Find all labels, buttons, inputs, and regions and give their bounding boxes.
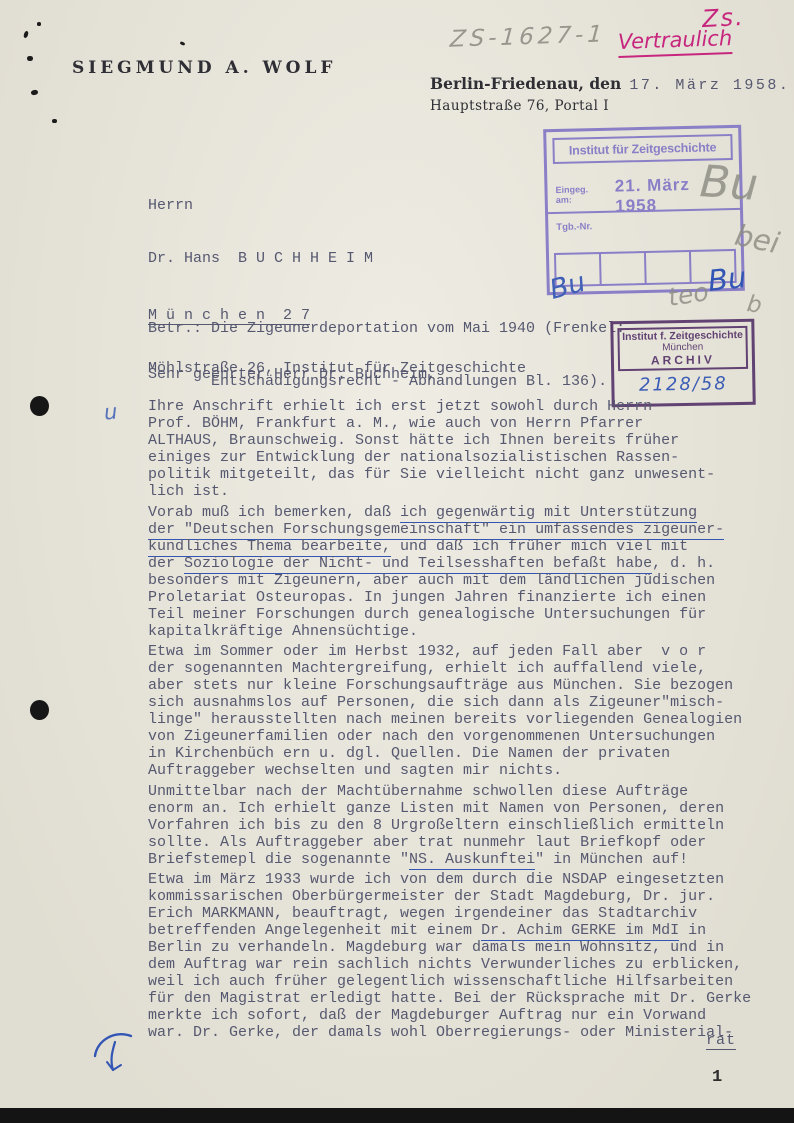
- text-line: Unmittelbar nach der Machtübernahme schw…: [148, 783, 728, 800]
- recipient-line: Dr. Hans B U C H H E I M: [148, 250, 526, 269]
- text-line: Briefstemepl die sogenannte "NS. Auskunf…: [148, 851, 728, 868]
- text-line: sollte. Als Auftraggeber aber trat nunme…: [148, 834, 728, 851]
- text-line: Auftraggeber wechselten und sagten mir n…: [148, 762, 728, 779]
- text-line: besonders mit Zigeunern, aber auch mit d…: [148, 572, 728, 589]
- pencil-note-small: b: [745, 291, 763, 319]
- receipt-stamp-received-label: Eingeg. am:: [555, 184, 605, 205]
- text-line: enorm an. Ich erhielt ganze Listen mit N…: [148, 800, 728, 817]
- text-line: Ihre Anschrift erhielt ich erst jetzt so…: [148, 398, 728, 415]
- text-line: einiges zur Entwicklung der nationalsozi…: [148, 449, 728, 466]
- subject-line-1: Betr.: Die Zigeunerdeportation vom Mai 1…: [148, 320, 625, 339]
- text-line: weil ich auch früher gelegentlich wissen…: [148, 973, 728, 990]
- pencil-initial-top: Bu: [698, 156, 759, 211]
- paragraph: Etwa im März 1933 wurde ich von dem durc…: [148, 871, 728, 1041]
- archive-stamp: Institut f. Zeitgeschichte München ARCHI…: [610, 319, 755, 408]
- text-line: betreffenden Angelegenheit mit einem Dr.…: [148, 922, 728, 939]
- paragraph: Etwa im Sommer oder im Herbst 1932, auf …: [148, 643, 728, 779]
- archive-stamp-line1: Institut f. Zeitgeschichte: [619, 329, 745, 343]
- scan-edge-bar: [0, 1108, 794, 1123]
- confidential-note: Vertraulich: [618, 26, 733, 58]
- text-line: politik mitgeteilt, das für Sie vielleic…: [148, 466, 728, 483]
- text-line: der Soziologie der Nicht- und Teilsessha…: [148, 555, 728, 572]
- text-line: für den Magistrat erledigt hatte. Bei de…: [148, 990, 728, 1007]
- receipt-stamp-journal-label: Tgb.-Nr.: [556, 221, 592, 233]
- text-line: ALTHAUS, Braunschweig. Sonst hätte ich I…: [148, 432, 728, 449]
- salutation: Sehr geehrter Herr Dr. Buchheim,: [148, 366, 436, 383]
- text-line: Vorfahren ich bis zu den 8 Urgroßeltern …: [148, 817, 728, 834]
- text-line: kundliches Thema bearbeite, und daß ich …: [148, 538, 728, 555]
- blue-margin-mark: u: [103, 399, 119, 424]
- sender-address: Hauptstraße 76, Portal I: [430, 98, 609, 114]
- text-line: kapitalkräftige Ahnensüchtige.: [148, 623, 728, 640]
- text-line: Vorab muß ich bemerken, daß ich gegenwär…: [148, 504, 728, 521]
- letterhead-sender: SIEGMUND A. WOLF: [72, 58, 337, 78]
- place-date-label: Berlin-Friedenau, den: [430, 74, 621, 93]
- ink-initial: Bu: [706, 260, 748, 298]
- archive-stamp-line3: ARCHIV: [620, 352, 746, 368]
- text-line: Etwa im März 1933 wurde ich von dem durc…: [148, 871, 728, 888]
- punch-hole-top: [30, 396, 49, 416]
- recipient-line: Herrn: [148, 197, 526, 216]
- typed-date: 17. März 1958.: [629, 77, 790, 94]
- text-line: dem Auftrag war rein sachlich nichts Ver…: [148, 956, 728, 973]
- punch-hole-bottom: [30, 700, 49, 720]
- blue-check-mark: [85, 1026, 143, 1088]
- text-line: sich ausnahmslos auf Personen, die sich …: [148, 694, 728, 711]
- pencil-file-number: ZS-1627-1: [449, 21, 607, 53]
- paragraph: Vorab muß ich bemerken, daß ich gegenwär…: [148, 504, 728, 640]
- letter-document-page: Zs. ZS-1627-1 Vertraulich SIEGMUND A. WO…: [0, 0, 794, 1123]
- text-line: Berlin zu verhandeln. Magdeburg war dama…: [148, 939, 728, 956]
- text-line: der "Deutschen Forschungsgemeinschaft" e…: [148, 521, 728, 538]
- text-line: Prof. BÖHM, Frankfurt a. M., wie auch vo…: [148, 415, 728, 432]
- text-line: linge" herausstellten nach meinen bereit…: [148, 711, 728, 728]
- text-line: Proletariat Osteuropas. In jungen Jahren…: [148, 589, 728, 606]
- text-line: war. Dr. Gerke, der damals wohl Oberregi…: [148, 1024, 728, 1041]
- text-line: der sogenannten Machtergreifung, erhielt…: [148, 660, 728, 677]
- pencil-note-left: teo: [666, 277, 711, 312]
- place-date-line: Berlin-Friedenau, den17. März 1958.: [430, 74, 790, 94]
- page-number: 1: [712, 1068, 722, 1087]
- archive-number: 2128/58: [614, 373, 752, 396]
- text-line: lich ist.: [148, 483, 728, 500]
- text-line: kommissarischen Oberbürgermeister der St…: [148, 888, 728, 905]
- paragraph: Ihre Anschrift erhielt ich erst jetzt so…: [148, 398, 728, 500]
- text-line: merkte ich sofort, daß der Magdeburger A…: [148, 1007, 728, 1024]
- catchword: rat: [706, 1032, 736, 1050]
- text-line: Erich MARKMANN, beauftragt, wegen irgend…: [148, 905, 728, 922]
- letter-body: Ihre Anschrift erhielt ich erst jetzt so…: [148, 398, 728, 1045]
- text-line: aber stets nur kleine Forschungsaufträge…: [148, 677, 728, 694]
- paragraph: Unmittelbar nach der Machtübernahme schw…: [148, 783, 728, 868]
- text-line: Teil meiner Forschungen durch genealogis…: [148, 606, 728, 623]
- text-line: in Kirchenbüch ern u. dgl. Quellen. Die …: [148, 745, 728, 762]
- text-line: von Zigeunerfamilien oder nach den vorge…: [148, 728, 728, 745]
- text-line: Etwa im Sommer oder im Herbst 1932, auf …: [148, 643, 728, 660]
